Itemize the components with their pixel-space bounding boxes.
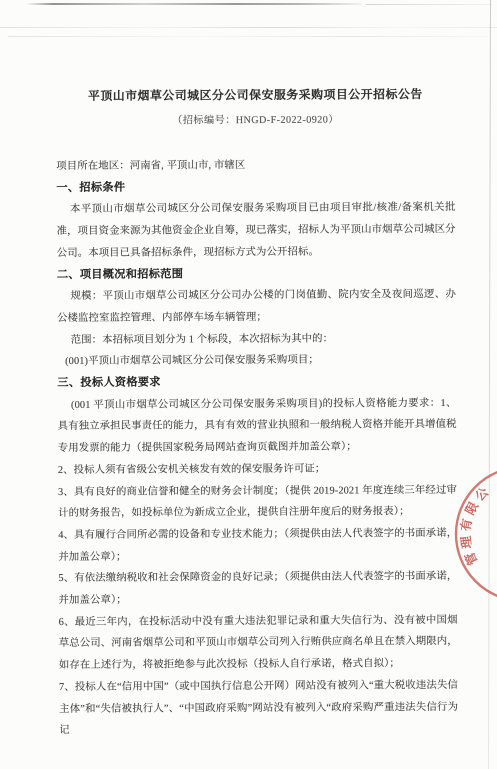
paragraph: 本平顶山市烟草公司城区分公司保安服务采购项目已由项目审批/核准/备案机关批准，项… bbox=[56, 197, 455, 264]
paragraph: (001 平顶山市烟草公司城区分公司保安服务采购项目)的投标人资格能力要求：1、… bbox=[57, 393, 456, 460]
paragraph: 范围：本招标项目划分为 1 个标段，本次招标为其中的： bbox=[57, 328, 456, 352]
paragraph: 3、具有良好的商业信誉和健全的财务会计制度；（提供 2019-2021 年度连续… bbox=[58, 479, 457, 524]
document-body: 平顶山市烟草公司城区分公司保安服务采购项目公开招标公告 （招标编号：HNGD-F… bbox=[55, 0, 458, 742]
section-heading: 三、投标人资格要求 bbox=[57, 371, 456, 395]
project-location: 项目所在地区：河南省, 平顶山市, 市辖区 bbox=[56, 154, 455, 178]
section-heading: 二、项目概况和招标范围 bbox=[57, 262, 456, 286]
section-heading: 一、招标条件 bbox=[56, 176, 455, 200]
paragraph: 规模：平顶山市烟草公司城区分公司办公楼的门岗值勤、院内安全及夜间巡逻、办公楼监控… bbox=[57, 284, 456, 329]
paragraph: 5、有依法缴纳税收和社会保障资金的良好记录；（须提供由法人代表签字的书面承诺，并… bbox=[58, 566, 457, 611]
tender-number: （招标编号：HNGD-F-2022-0920） bbox=[56, 112, 455, 129]
paragraph: 7、投标人在“信用中国”（或中国执行信息公开网）网站没有被列入“重大税收违法失信… bbox=[59, 675, 458, 742]
paragraph: 2、投标人须有省级公安机关核发有效的保安服务许可证； bbox=[58, 458, 457, 482]
paragraph: 6、最近三年内，在投标活动中没有重大违法犯罪记录和重大失信行为、没有被中国烟草总… bbox=[59, 610, 458, 677]
document-page: 平顶山市烟草公司城区分公司保安服务采购项目公开招标公告 （招标编号：HNGD-F… bbox=[0, 0, 497, 769]
paragraph: 4、具有履行合同所必需的设备和专业技术能力；（须提供由法人代表签字的书面承诺，并… bbox=[58, 523, 457, 568]
paragraph: (001)平顶山市烟草公司城区分公司保安服务采购项目； bbox=[57, 349, 456, 373]
page-title: 平顶山市烟草公司城区分公司保安服务采购项目公开招标公告 bbox=[56, 85, 455, 105]
